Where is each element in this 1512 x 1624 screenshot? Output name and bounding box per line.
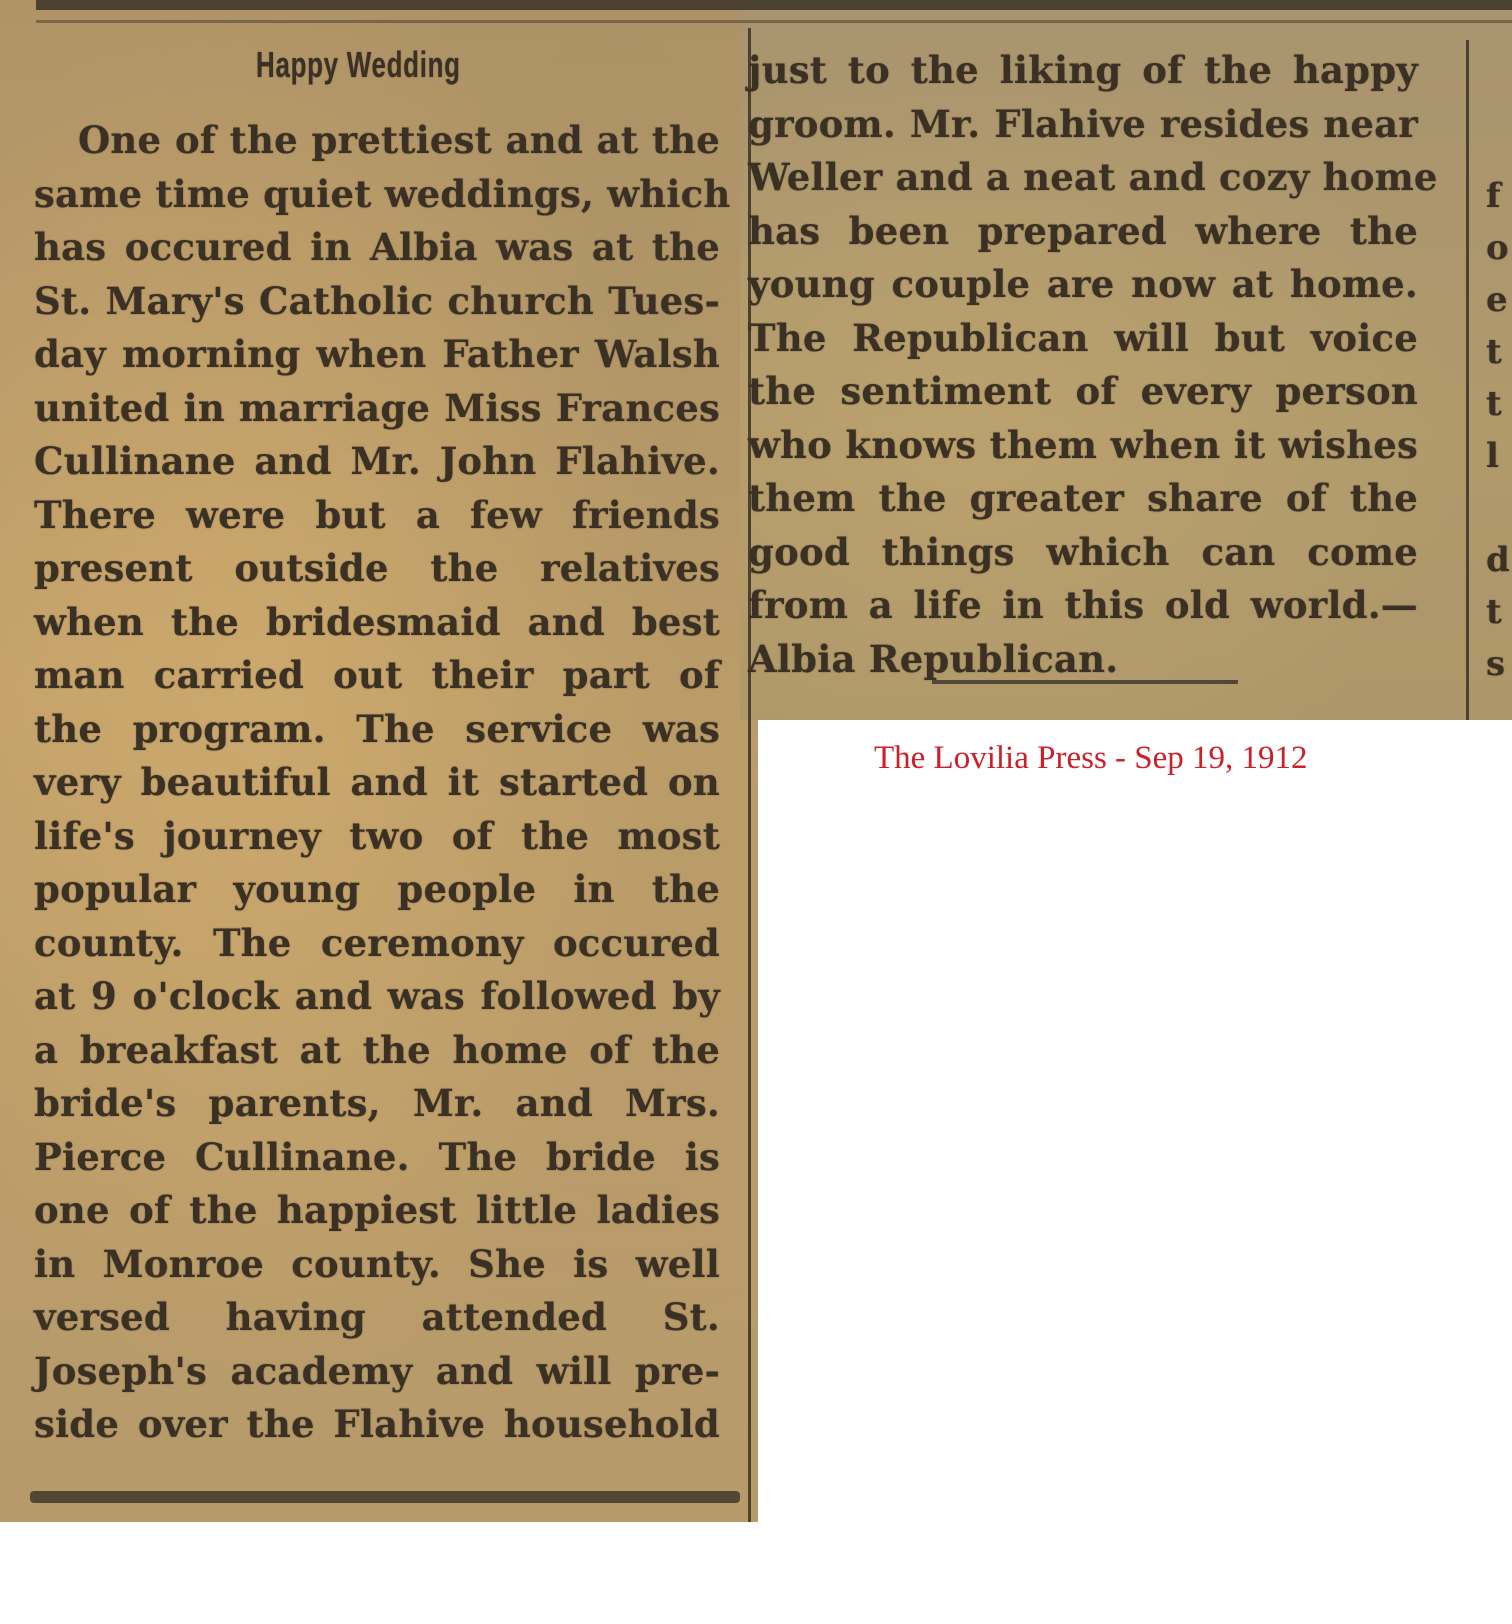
- blank-area: [758, 720, 1512, 1624]
- text-line: who knows them when it wishes: [748, 419, 1418, 473]
- text-line: There were but a few friends: [34, 489, 720, 543]
- text-line: The Republican will but voice: [748, 312, 1418, 366]
- text-line: from a life in this old world.—: [748, 579, 1418, 633]
- top-column-rule: [36, 0, 1512, 10]
- text-line: side over the Flahive household: [34, 1398, 720, 1452]
- text-line: when the bridesmaid and best: [34, 596, 720, 650]
- article-left-column: One of the prettiest and at the same tim…: [34, 114, 720, 1452]
- text-line: them the greater share of the: [748, 472, 1418, 526]
- top-column-rule-thin: [36, 20, 1512, 23]
- text-line: Cullinane and Mr. John Flahive.: [34, 435, 720, 489]
- article-headline: Happy Wedding: [256, 44, 436, 86]
- text-line: young couple are now at home.: [748, 258, 1418, 312]
- text-line: Pierce Cullinane. The bride is: [34, 1131, 720, 1185]
- fragment-char: t: [1486, 326, 1512, 378]
- text-line: the program. The service was: [34, 703, 720, 757]
- text-line: just to the liking of the happy: [748, 44, 1418, 98]
- fragment-char: e: [1486, 274, 1512, 326]
- text-line: One of the prettiest and at the: [34, 114, 720, 168]
- text-line: Weller and a neat and cozy home: [748, 151, 1418, 205]
- text-line: has been prepared where the: [748, 205, 1418, 259]
- text-line: good things which can come: [748, 526, 1418, 580]
- text-line: a breakfast at the home of the: [34, 1024, 720, 1078]
- fragment-char: l: [1486, 430, 1512, 482]
- text-line: St. Mary's Catholic church Tues-: [34, 275, 720, 329]
- text-line: versed having attended St.: [34, 1291, 720, 1345]
- bottom-column-rule: [30, 1491, 740, 1503]
- text-line: county. The ceremony occured: [34, 917, 720, 971]
- text-line: day morning when Father Walsh: [34, 328, 720, 382]
- text-line: the sentiment of every person: [748, 365, 1418, 419]
- fragment-char: d: [1486, 534, 1512, 586]
- article-end-rule: [932, 680, 1238, 684]
- article-right-column: just to the liking of the happy groom. M…: [748, 44, 1418, 686]
- text-line: one of the happiest little ladies: [34, 1184, 720, 1238]
- text-line: bride's parents, Mr. and Mrs.: [34, 1077, 720, 1131]
- adjacent-column-fragments: f o e t t l d t s: [1486, 170, 1512, 690]
- text-line: in Monroe county. She is well: [34, 1238, 720, 1292]
- text-line: Joseph's academy and will pre-: [34, 1345, 720, 1399]
- fragment-char: f: [1486, 170, 1512, 222]
- text-line: present outside the relatives: [34, 542, 720, 596]
- column-divider-right: [1466, 40, 1469, 720]
- text-line: man carried out their part of: [34, 649, 720, 703]
- text-line: united in marriage Miss Frances: [34, 382, 720, 436]
- fragment-char: t: [1486, 586, 1512, 638]
- text-line: popular young people in the: [34, 863, 720, 917]
- text-line: very beautiful and it started on: [34, 756, 720, 810]
- text-line: Albia Republican.: [748, 633, 1418, 687]
- text-line: groom. Mr. Flahive resides near: [748, 98, 1418, 152]
- blank-area-bottom: [0, 1522, 1512, 1624]
- text-line: life's journey two of the most: [34, 810, 720, 864]
- source-caption: The Lovilia Press - Sep 19, 1912: [874, 740, 1308, 777]
- fragment-char: o: [1486, 222, 1512, 274]
- text-line: at 9 o'clock and was followed by: [34, 970, 720, 1024]
- fragment-char: t: [1486, 378, 1512, 430]
- text-line: has occured in Albia was at the: [34, 221, 720, 275]
- fragment-char: s: [1486, 638, 1512, 690]
- text-line: same time quiet weddings, which: [34, 168, 720, 222]
- fragment-char: [1486, 482, 1512, 534]
